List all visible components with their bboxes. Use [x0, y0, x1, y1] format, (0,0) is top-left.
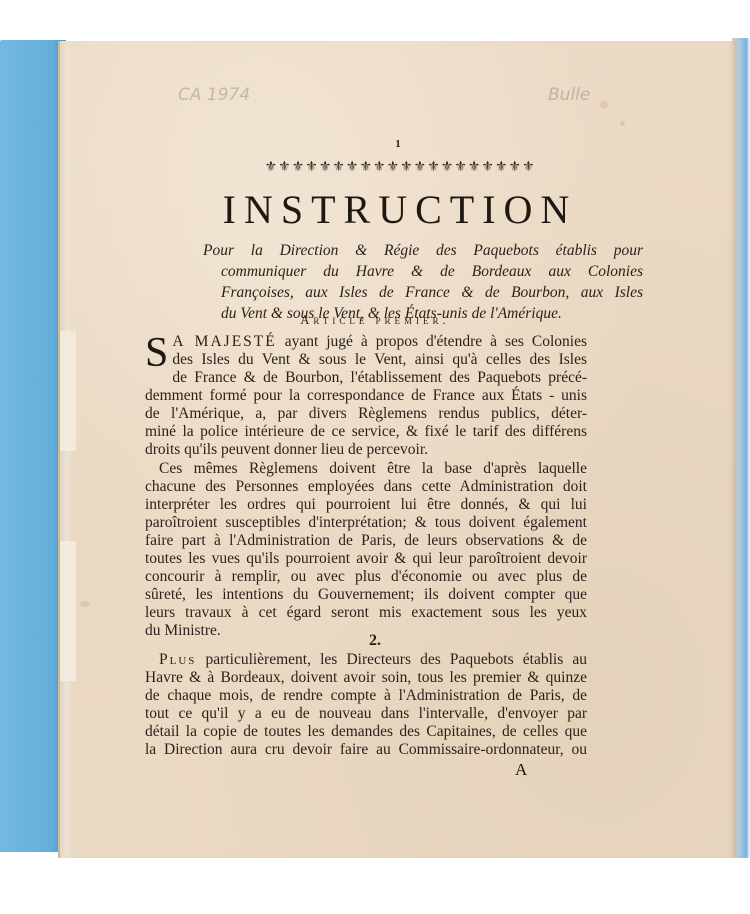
paragraph-line: Ces mêmes Règlemens doivent être la base… — [145, 460, 587, 478]
paragraph-line: paroîtroient susceptibles d'interprétati… — [145, 514, 587, 532]
torn-edge — [60, 331, 76, 451]
foxing-spot — [600, 101, 608, 109]
blue-cover — [0, 40, 66, 852]
fleur-de-lis-ornament-row: ⚜⚜⚜⚜⚜⚜⚜⚜⚜⚜⚜⚜⚜⚜⚜⚜⚜⚜⚜⚜ — [140, 159, 660, 175]
paragraph-line: de chaque mois, de rendre compte à l'Adm… — [145, 687, 587, 705]
page-number: 1 — [60, 138, 736, 150]
paragraph-line: Plus particulièrement, les Directeurs de… — [145, 651, 587, 669]
paragraph-line: demment formé pour la correspondance de … — [145, 387, 587, 405]
paragraph-line: sûreté, les intentions du Gouvernement; … — [145, 586, 587, 604]
paragraph-line: miné la police intérieure de ce service,… — [145, 423, 587, 441]
pencil-annotation-left: CA 1974 — [178, 85, 250, 105]
subtitle-line: Françoises, aux Isles de France & de Bou… — [203, 282, 643, 303]
article-2-paragraph: Plus particulièrement, les Directeurs de… — [145, 651, 587, 759]
paragraph-line: chacune des Personnes employées dans cet… — [145, 478, 587, 496]
signature-mark: A — [515, 760, 527, 780]
paragraph-line: droits qu'ils peuvent donner lieu de per… — [145, 441, 587, 459]
subtitle-line: communiquer du Havre & de Bordeaux aux C… — [203, 261, 643, 282]
paragraph-line: de France & de Bourbon, l'établissement … — [145, 369, 587, 387]
lead-caps: A MAJESTÉ — [172, 333, 276, 350]
paragraph-line: tout ce qu'il y a eu de nouveau dans l'i… — [145, 705, 587, 723]
article-1-paragraph-1: S A MAJESTÉ ayant jugé à propos d'étendr… — [145, 333, 587, 459]
drop-cap: S — [145, 336, 168, 370]
lead-caps: Plus — [159, 651, 196, 668]
torn-edge — [60, 541, 76, 681]
foxing-spot — [620, 121, 625, 126]
article-1-paragraph-2: Ces mêmes Règlemens doivent être la base… — [145, 460, 587, 640]
paragraph-line: A MAJESTÉ ayant jugé à propos d'étendre … — [145, 333, 587, 351]
paragraph-line: toutes les vues qu'ils pourroient avoir … — [145, 550, 587, 568]
paragraph-line: des Isles du Vent & sous le Vent, ainsi … — [145, 351, 587, 369]
paragraph-line: détail la copie de toutes les demandes d… — [145, 723, 587, 741]
paragraph-line: faire part à l'Administration de Paris, … — [145, 532, 587, 550]
paragraph-line: interpréter les ordres qui pourroient lu… — [145, 496, 587, 514]
article-heading: Article premier. — [0, 313, 750, 328]
section-number: 2. — [0, 632, 750, 650]
document-subtitle: Pour la Direction & Régie des Paquebots … — [203, 240, 643, 324]
paragraph-line: concourir à remplir, ou avec plus d'écon… — [145, 568, 587, 586]
paragraph-line: de l'Amérique, a, par divers Règlemens r… — [145, 405, 587, 423]
paragraph-line: leurs travaux à cet égard seront mis exa… — [145, 604, 587, 622]
paragraph-line: la Direction aura cru devoir faire au Co… — [145, 741, 587, 759]
paragraph-line: Havre & à Bordeaux, doivent avoir soin, … — [145, 669, 587, 687]
pencil-annotation-right: Bulle — [548, 85, 590, 105]
subtitle-line: Pour la Direction & Régie des Paquebots … — [203, 240, 643, 261]
document-title: INSTRUCTION — [140, 186, 660, 233]
foxing-spot — [80, 601, 90, 607]
